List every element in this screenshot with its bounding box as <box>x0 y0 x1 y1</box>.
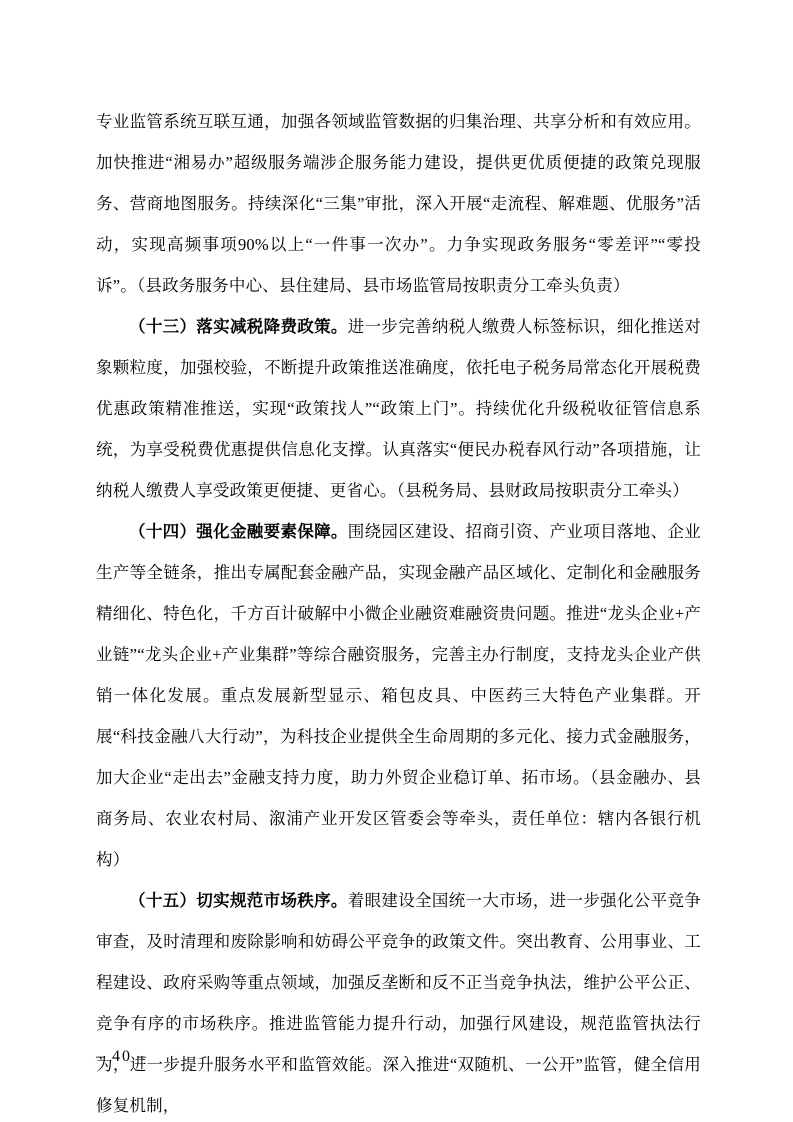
paragraph-item-13: （十三）落实减税降费政策。进一步完善纳税人缴费人标签标识，细化推送对象颗粒度，加… <box>96 306 701 511</box>
page-number: – 40 – <box>96 1048 148 1065</box>
paragraph-item-14: （十四）强化金融要素保障。围绕园区建设、招商引资、产业项目落地、企业生产等全链条… <box>96 511 701 880</box>
paragraph-text: 进一步完善纳税人缴费人标签标识，细化推送对象颗粒度，加强校验，不断提升政策推送准… <box>96 317 701 500</box>
paragraph-text: 围绕园区建设、招商引资、产业项目落地、企业生产等全链条，推出专属配套金融产品，实… <box>96 522 701 869</box>
document-body: 专业监管系统互联互通，加强各领域监管数据的归集治理、共享分析和有效应用。加快推进… <box>96 101 701 1122</box>
paragraph-item-15: （十五）切实规范市场秩序。着眼建设全国统一大市场，进一步强化公平竞争审查，及时清… <box>96 880 701 1122</box>
paragraph-text: 着眼建设全国统一大市场，进一步强化公平竞争审查，及时清理和废除影响和妨碍公平竞争… <box>96 891 701 1115</box>
paragraph-text: 专业监管系统互联互通，加强各领域监管数据的归集治理、共享分析和有效应用。加快推进… <box>96 112 701 295</box>
paragraph-continuation: 专业监管系统互联互通，加强各领域监管数据的归集治理、共享分析和有效应用。加快推进… <box>96 101 701 306</box>
paragraph-heading: （十四）强化金融要素保障。 <box>129 522 348 541</box>
page-footer: – 40 – <box>96 1047 148 1067</box>
paragraph-heading: （十五）切实规范市场秩序。 <box>129 891 348 910</box>
paragraph-heading: （十三）落实减税降费政策。 <box>129 317 348 336</box>
document-page: 专业监管系统互联互通，加强各领域监管数据的归集治理、共享分析和有效应用。加快推进… <box>0 0 793 1122</box>
